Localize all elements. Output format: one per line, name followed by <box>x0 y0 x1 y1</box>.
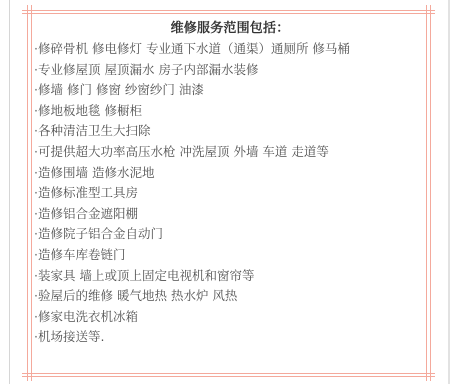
list-item-text: 造修车库卷链门 <box>38 247 126 262</box>
list-item: ·造修围墙 造修水泥地 <box>34 163 426 184</box>
list-item-text: 修碎骨机 修电修灯 专业通下水道（通渠）通厕所 修马桶 <box>38 41 350 56</box>
list-item: ·验屋后的维修 暖气地热 热水炉 风热 <box>34 286 426 307</box>
list-item-text: 造修标准型工具房 <box>38 185 138 200</box>
frame-left-inner <box>31 5 32 381</box>
list-item: ·造修院子铝合金自动门 <box>34 224 426 245</box>
list-item-text: 造修院子铝合金自动门 <box>38 226 163 241</box>
list-item: ·造修铝合金遮阳棚 <box>34 204 426 225</box>
list-item-text: 修墙 修门 修窗 纱窗纱门 油漆 <box>38 82 204 97</box>
list-item-text: 造修铝合金遮阳棚 <box>38 206 138 221</box>
list-item: ·装家具 墙上或顶上固定电视机和窗帘等 <box>34 266 426 287</box>
list-item-text: 可提供超大功率高压水枪 冲洗屋顶 外墙 车道 走道等 <box>38 144 329 159</box>
frame-right-outer <box>430 5 431 381</box>
list-item-text: 修地板地毯 修橱柜 <box>38 103 142 118</box>
frame-right-inner <box>426 5 427 381</box>
page-edge-right <box>448 0 450 384</box>
list-item: ·修墙 修门 修窗 纱窗纱门 油漆 <box>34 80 426 101</box>
frame-top-outer <box>22 10 435 11</box>
list-item: ·造修标准型工具房 <box>34 183 426 204</box>
list-item-text: 装家具 墙上或顶上固定电视机和窗帘等 <box>38 268 254 283</box>
list-item: ·机场接送等. <box>34 327 426 348</box>
list-item: ·造修车库卷链门 <box>34 245 426 266</box>
frame-top-inner <box>22 13 435 14</box>
list-item: ·专业修屋顶 屋顶漏水 房子内部漏水装修 <box>34 60 426 81</box>
frame-bottom-inner <box>22 373 435 374</box>
service-list: ·修碎骨机 修电修灯 专业通下水道（通渠）通厕所 修马桶 ·专业修屋顶 屋顶漏水… <box>34 39 426 348</box>
list-item: ·修碎骨机 修电修灯 专业通下水道（通渠）通厕所 修马桶 <box>34 39 426 60</box>
list-item-text: 机场接送等. <box>38 329 104 344</box>
list-item: ·修地板地毯 修橱柜 <box>34 101 426 122</box>
list-item-text: 专业修屋顶 屋顶漏水 房子内部漏水装修 <box>38 62 258 77</box>
list-item-text: 各种清洁卫生大扫除 <box>38 123 151 138</box>
list-item-text: 修家电洗衣机冰箱 <box>38 309 138 324</box>
list-item: ·各种清洁卫生大扫除 <box>34 121 426 142</box>
list-item-text: 验屋后的维修 暖气地热 热水炉 风热 <box>38 288 237 303</box>
list-item-text: 造修围墙 造修水泥地 <box>38 165 154 180</box>
frame-left-outer <box>27 5 28 381</box>
page-edge-left <box>9 0 10 384</box>
frame-bottom-outer <box>22 376 435 377</box>
service-scope-box: 维修服务范围包括： ·修碎骨机 修电修灯 专业通下水道（通渠）通厕所 修马桶 ·… <box>34 19 426 348</box>
list-item: ·可提供超大功率高压水枪 冲洗屋顶 外墙 车道 走道等 <box>34 142 426 163</box>
section-title: 维修服务范围包括： <box>34 19 426 39</box>
list-item: ·修家电洗衣机冰箱 <box>34 307 426 328</box>
